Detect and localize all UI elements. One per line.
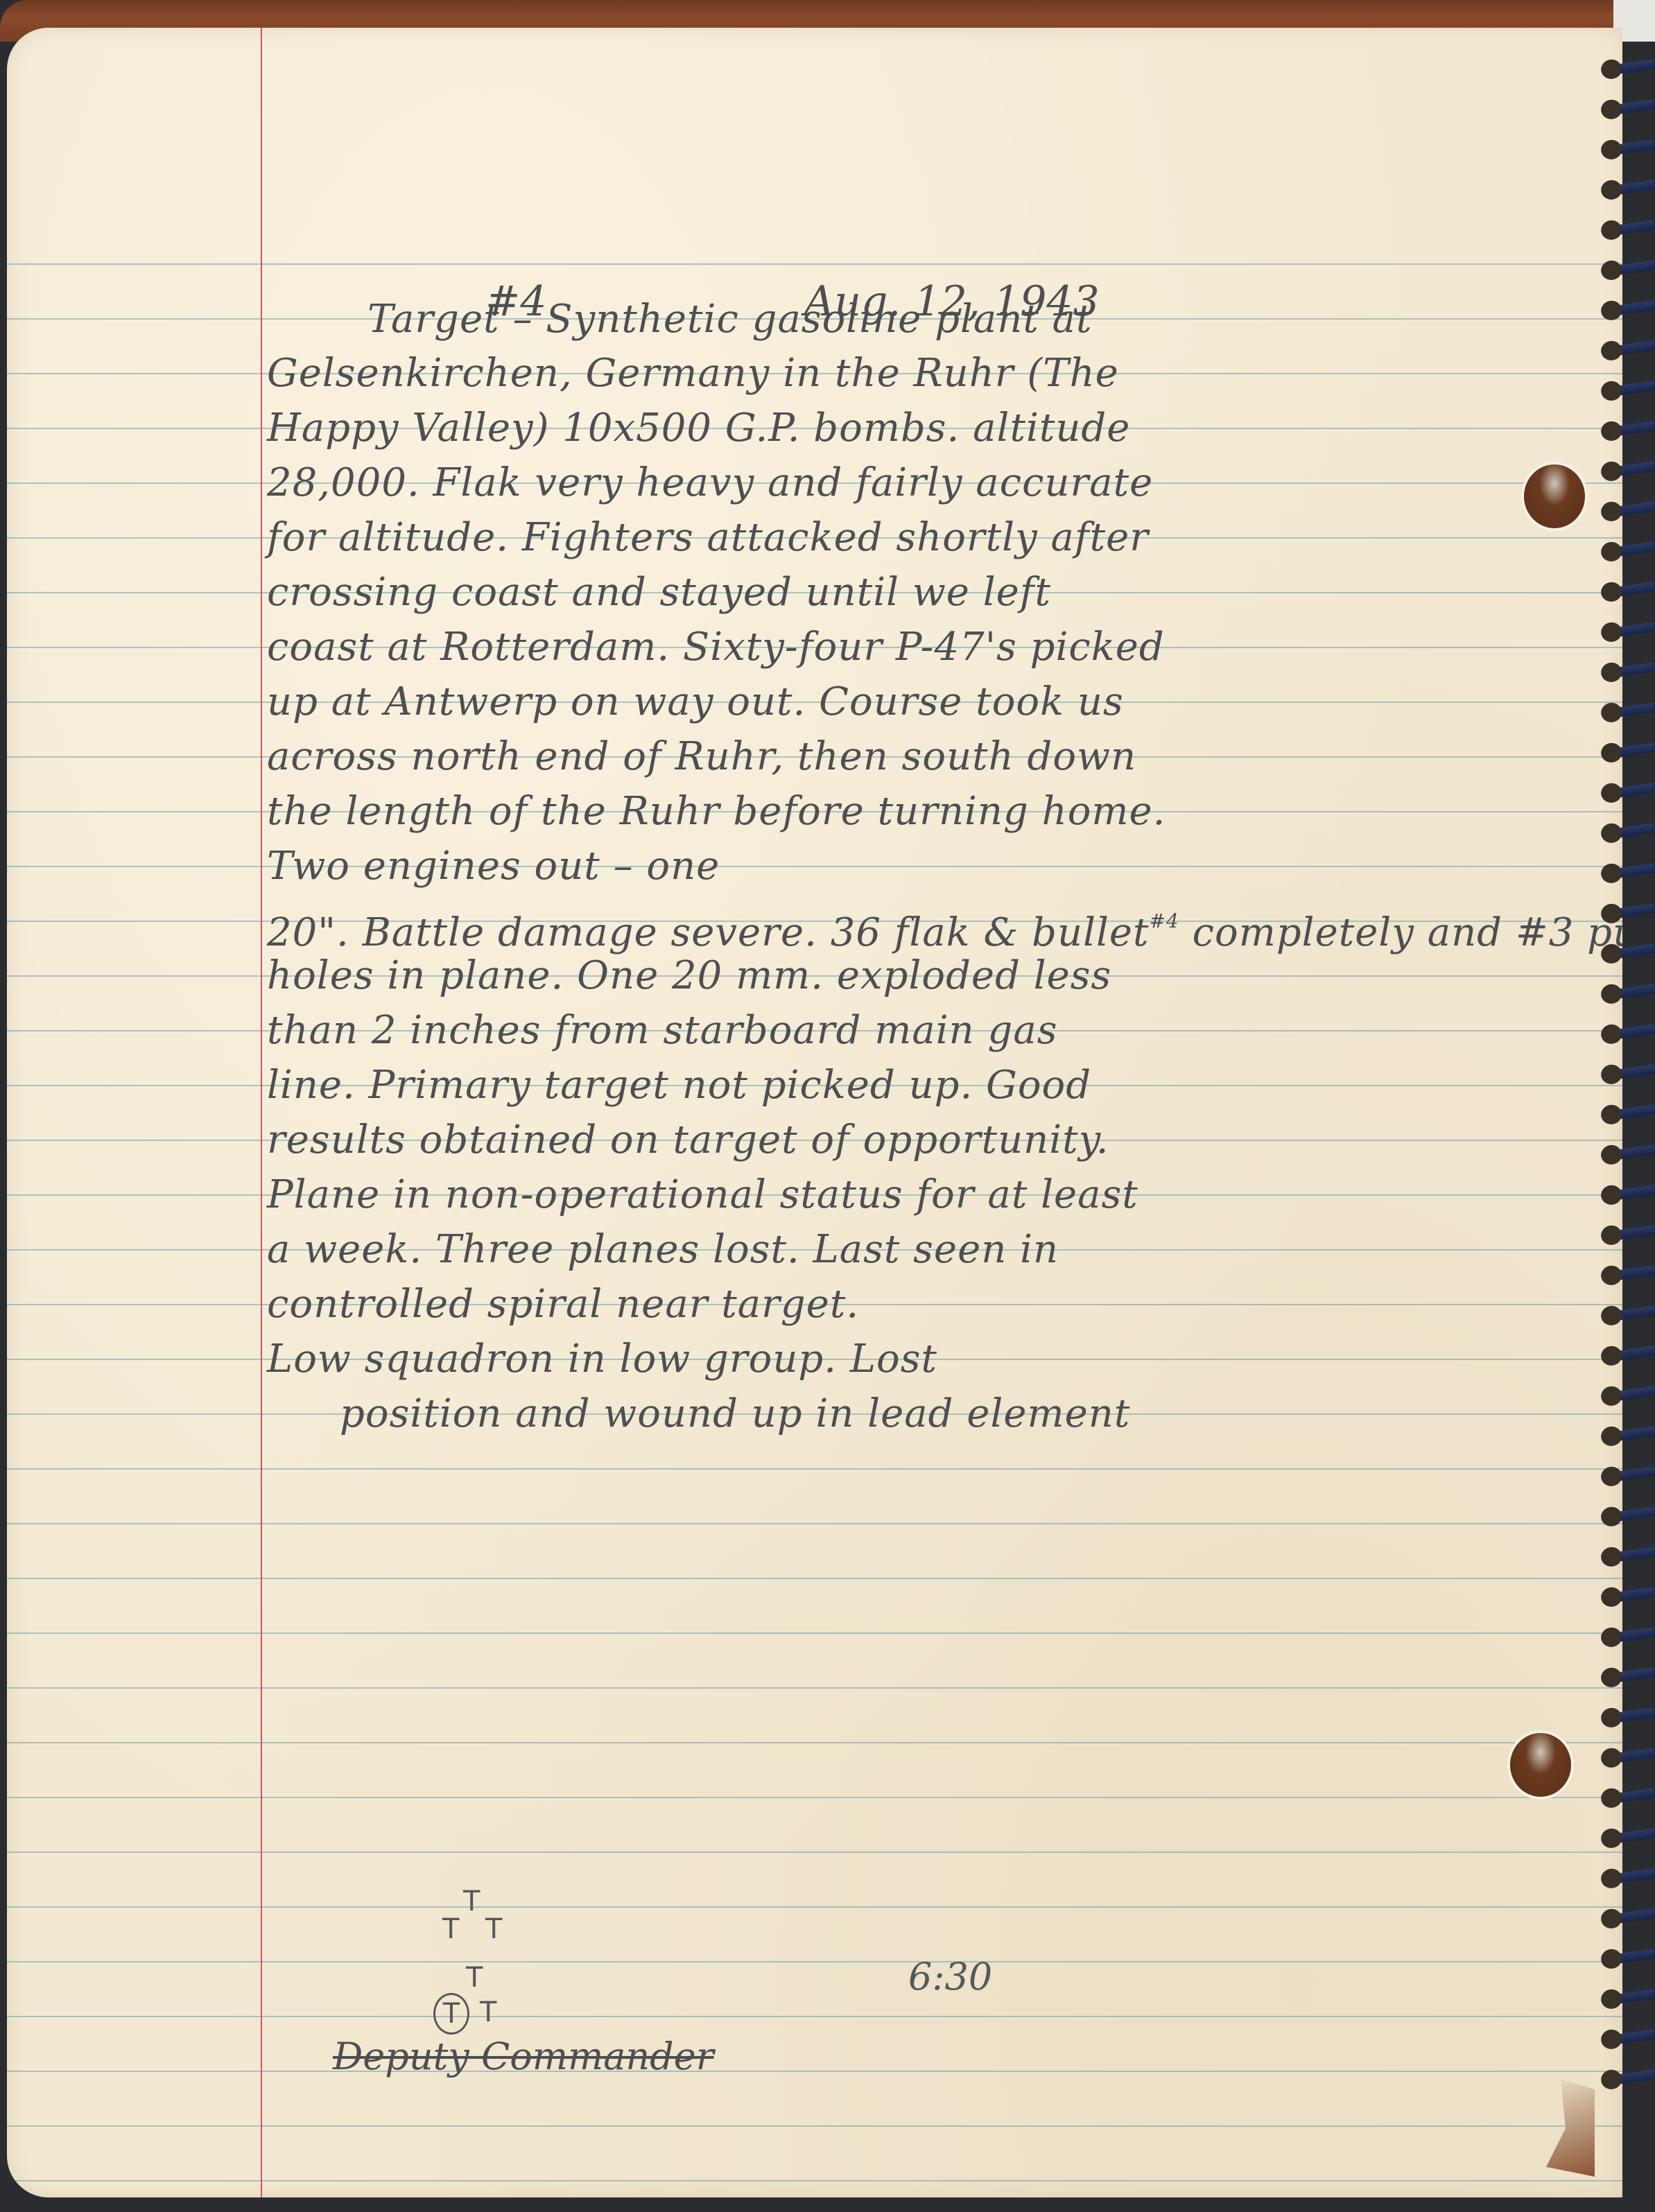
formation-marker: T [485,1913,502,1945]
spiral-coil [1606,1989,1655,2005]
ruled-line [7,1852,1622,1853]
spiral-coil [1606,702,1655,719]
spiral-coil [1606,59,1655,76]
spiral-coil [1606,984,1655,1000]
spiral-coil [1606,1547,1655,1563]
spiral-coil [1606,1828,1655,1845]
spiral-coil [1606,1185,1655,1201]
spiral-coil [1606,662,1655,679]
spiral-coil [1606,1225,1655,1242]
spiral-coil [1606,1707,1655,1724]
text-line-18: a week. Three planes lost. Last seen in [267,1223,1059,1277]
spiral-coil [1606,1104,1655,1121]
spiral-coil [1606,300,1655,317]
spiral-coil [1606,1386,1655,1402]
flight-time: 6:30 [908,1955,992,1998]
spiral-coil [1606,1346,1655,1362]
spiral-coil [1606,139,1655,156]
spiral-coil [1606,340,1655,357]
engine-superscript: #4 [1150,909,1179,932]
circled-formation-marker: T [433,1993,469,2035]
ruled-line [7,1632,1622,1634]
ruled-line [7,866,1622,867]
spiral-coil [1606,1064,1655,1081]
ruled-line [7,1906,1622,1908]
spiral-coil [1606,863,1655,880]
formation-marker: T [466,1962,483,1994]
ruled-line [7,1523,1622,1524]
ruled-line [7,1742,1622,1743]
spiral-coil [1606,381,1655,397]
formation-marker: T [463,1886,480,1917]
spiral-coil [1606,1788,1655,1804]
torn-corner [1546,2080,1595,2177]
text-line-15: line. Primary target not picked up. Good [267,1059,1091,1113]
struck-through-text: Deputy Commander [333,2035,714,2078]
text-line-1: Target – Synthetic gasoline plant at [367,293,1093,347]
formation-diagram: T T T T T T [416,1886,541,2038]
spiral-coil [1606,1426,1655,1443]
spiral-coil [1606,1466,1655,1483]
ruled-line [7,2125,1622,2127]
spiral-coil [1606,1305,1655,1322]
text-line-3: Happy Valley) 10x500 G.P. bombs. altitud… [267,401,1130,455]
spiral-coil [1606,783,1655,799]
ruled-line [7,1687,1622,1689]
spiral-coil [1606,943,1655,960]
ruled-line [7,1578,1622,1579]
spiral-coil [1606,421,1655,437]
text-line-13: holes in plane. One 20 mm. exploded less [267,949,1111,1003]
spiral-coil [1606,1908,1655,1925]
formation-marker: T [442,1913,459,1945]
notebook-page: #4 Aug. 12, 1943 Target – Synthetic gaso… [7,28,1622,2197]
text-line-16: results obtained on target of opportunit… [267,1113,1109,1167]
spiral-coil [1606,1265,1655,1282]
text-line-5: for altitude. Fighters attacked shortly … [267,511,1149,565]
spiral-coil [1606,622,1655,638]
spiral-coil [1606,180,1655,196]
spiral-coil [1606,541,1655,558]
spiral-coil [1606,1949,1655,1965]
text-line-10: the length of the Ruhr before turning ho… [267,785,1166,839]
spiral-coil [1606,823,1655,839]
ruled-line [7,1797,1622,1798]
spiral-coil [1606,1667,1655,1684]
spiral-coil [1606,461,1655,478]
spiral-coil [1606,1748,1655,1764]
spiral-coil [1606,220,1655,236]
ruled-line [7,1961,1622,1962]
formation-marker: T [480,1996,496,2028]
text-line-12: 20". Battle damage severe. 36 flak & bul… [267,894,1622,948]
spiral-coil [1606,99,1655,116]
spiral-coil [1606,260,1655,277]
spiral-coil [1606,1587,1655,1603]
spiral-coil [1606,2069,1655,2086]
spiral-coil [1606,1627,1655,1644]
binder-hole-bottom [1510,1733,1571,1797]
spiral-coil [1606,2029,1655,2046]
spiral-coil [1606,1144,1655,1161]
text-line-12-end: completely and #3 pulling [1193,910,1622,955]
spiral-coil [1606,1506,1655,1523]
text-line-14: than 2 inches from starboard main gas [267,1004,1057,1058]
text-line-19: controlled spiral near target. [267,1278,859,1332]
ruled-line [7,2016,1622,2017]
spiral-coil [1606,582,1655,598]
ruled-line [7,1468,1622,1470]
ruled-line [7,2071,1622,2072]
ruled-line [7,2180,1622,2181]
text-line-7: coast at Rotterdam. Sixty-four P-47's pi… [267,620,1165,674]
text-line-20: Low squadron in low group. Lost [267,1332,937,1386]
ruled-line [7,263,1622,265]
spiral-coil [1606,501,1655,518]
spiral-coil [1606,1024,1655,1040]
text-line-8: up at Antwerp on way out. Course took us [267,675,1124,729]
text-line-17: Plane in non-operational status for at l… [267,1168,1138,1222]
text-line-4: 28,000. Flak very heavy and fairly accur… [267,456,1153,510]
binder-hole-top [1524,464,1585,528]
spiral-coil [1606,742,1655,759]
spiral-binding [1593,42,1655,2135]
spiral-coil [1606,1868,1655,1885]
text-line-6: crossing coast and stayed until we left [267,566,1051,620]
text-line-9: across north end of Ruhr, then south dow… [267,730,1136,784]
text-line-21: position and wound up in lead element [340,1387,1130,1441]
spiral-coil [1606,903,1655,920]
margin-line [261,28,262,2197]
text-line-11: Two engines out – one [267,839,720,894]
text-line-2: Gelsenkirchen, Germany in the Ruhr (The [267,347,1119,401]
